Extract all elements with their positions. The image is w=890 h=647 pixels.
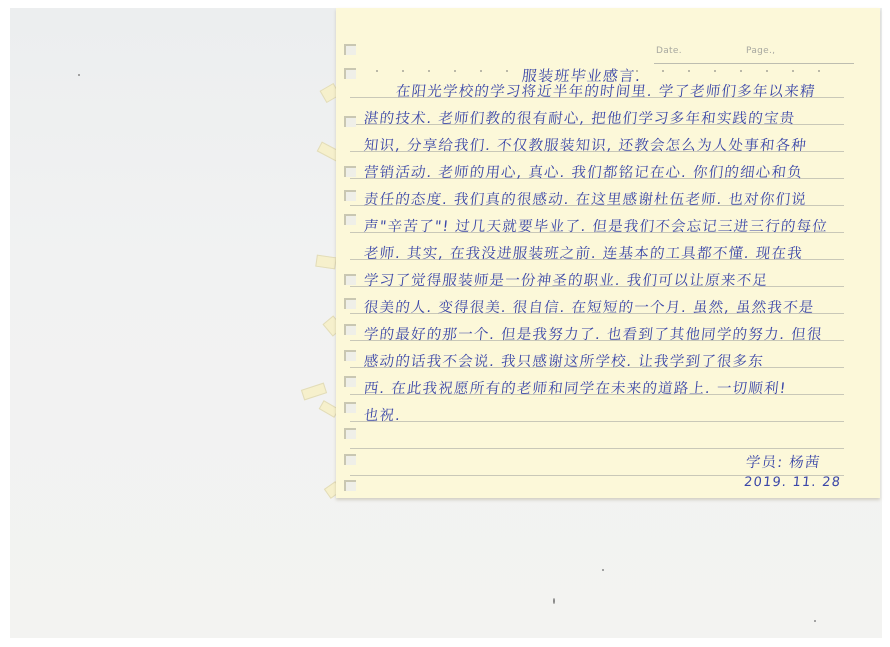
spiral-hole (344, 350, 356, 361)
rule-line (350, 421, 844, 422)
spiral-hole (344, 274, 356, 285)
page-label: Page., (746, 46, 775, 56)
spiral-hole (344, 116, 356, 127)
letter-line: 营销活动. 老师的用心, 真心. 我们都铭记在心. 你们的细心和负 (363, 161, 804, 182)
letter-line: 声"辛苦了"! 过几天就要毕业了. 但是我们不会忘记三进三行的每位 (363, 215, 829, 236)
letter-line: 西. 在此我祝愿所有的老师和同学在未来的道路上. 一切顺利! (363, 377, 788, 398)
torn-paper-scrap (315, 255, 336, 270)
dust-speck (553, 598, 555, 604)
header-underline (654, 63, 854, 64)
spiral-hole (344, 454, 356, 465)
spiral-hole (344, 44, 356, 55)
spiral-hole (344, 298, 356, 309)
letter-line: 知识, 分享给我们. 不仅教服装知识, 还教会怎么为人处事和各种 (363, 134, 808, 155)
dust-speck (814, 620, 816, 622)
rule-line (350, 448, 844, 449)
spiral-hole (344, 402, 356, 413)
page-header: Date. Page., (654, 44, 854, 64)
signature: 学员: 杨茜 (745, 451, 822, 472)
spiral-hole (344, 190, 356, 201)
dust-speck (78, 74, 80, 76)
spiral-hole (344, 324, 356, 335)
letter-line: 也祝. (363, 404, 402, 425)
letter-line: 湛的技术. 老师们教的很有耐心, 把他们学习多年和实践的宝贵 (363, 107, 797, 128)
spiral-hole (344, 166, 356, 177)
spiral-hole (344, 68, 356, 79)
letter-line: 学习了觉得服装师是一份神圣的职业. 我们可以让原来不足 (363, 269, 769, 290)
letter-line: 责任的态度. 我们真的很感动. 在这里感谢杜伍老师. 也对你们说 (363, 188, 808, 209)
letter-line: 感动的话我不会说. 我只感谢这所学校. 让我学到了很多东 (363, 350, 765, 371)
signature-date: 2019. 11. 28 (743, 475, 842, 490)
notebook-page: Date. Page., 服装班毕业感言. 在阳光学校的学习将近半年的时间里. … (336, 8, 880, 498)
spiral-hole (344, 376, 356, 387)
date-label: Date. (656, 46, 682, 56)
dust-speck (602, 569, 604, 571)
spiral-hole (344, 428, 356, 439)
spiral-hole (344, 480, 356, 491)
letter-line: 老师. 其实, 在我没进服装班之前. 连基本的工具都不懂. 现在我 (363, 242, 804, 263)
letter-line: 很美的人. 变得很美. 很自信. 在短短的一个月. 虽然, 虽然我不是 (363, 296, 816, 317)
spiral-hole (344, 214, 356, 225)
letter-line: 学的最好的那一个. 但是我努力了. 也看到了其他同学的努力. 但很 (363, 323, 824, 344)
letter-line: 在阳光学校的学习将近半年的时间里. 学了老师们多年以来精 (395, 80, 817, 101)
